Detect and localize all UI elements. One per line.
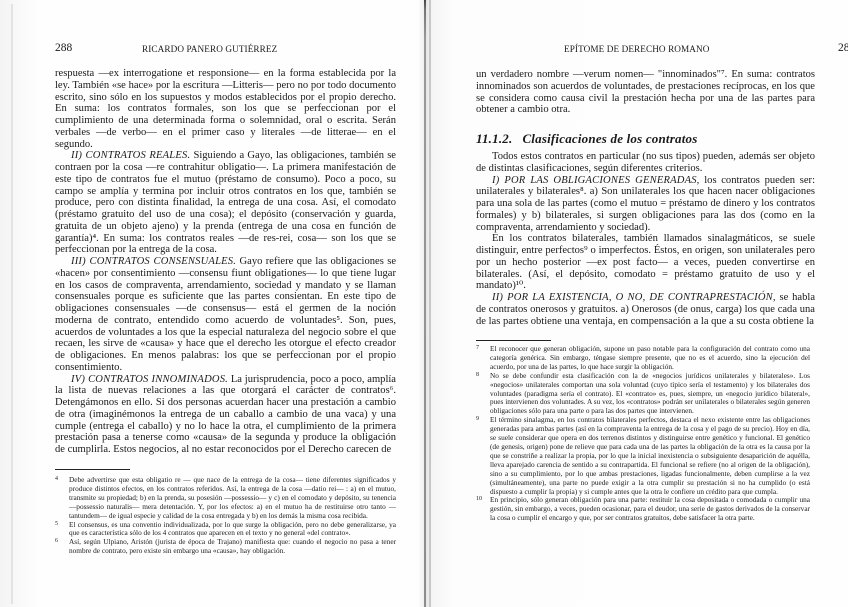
running-head: EPÍTOME DE DERECHO ROMANO <box>564 44 710 54</box>
footnote-mark: 4 <box>55 475 58 484</box>
left-page: 288 RICARDO PANERO GUTIÉRREZ respuesta —… <box>0 0 424 607</box>
page-edge <box>11 4 13 604</box>
footnote-mark: 7 <box>476 344 479 353</box>
right-body-continuation: un verdadero nombre —verum nomen— "innom… <box>476 69 815 116</box>
paragraph-heading: II) POR LA EXISTENCIA, O NO, DE CONTRAPR… <box>492 292 776 303</box>
footnote-mark: 10 <box>476 495 482 504</box>
footnote-divider <box>476 340 551 341</box>
footnote: 5El consensus, es una conventio individu… <box>55 521 396 539</box>
footnote-text: El término sinalagma, en los contratos b… <box>490 415 810 495</box>
page-number: 289 <box>838 42 848 54</box>
paragraph: un verdadero nombre —verum nomen— "innom… <box>476 69 815 116</box>
footnote-mark: 6 <box>55 537 58 546</box>
paragraph: En los contratos bilaterales, también ll… <box>476 233 815 292</box>
running-head: RICARDO PANERO GUTIÉRREZ <box>142 44 277 54</box>
footnote-text: El reconocer que generan obligación, sup… <box>490 344 810 371</box>
footnote: 9El término sinalagma, en los contratos … <box>476 416 810 496</box>
footnote-text: El consensus, es una conventio individua… <box>69 520 396 538</box>
footnote: 7El reconocer que generan obligación, su… <box>476 345 810 372</box>
footnote-divider <box>55 469 130 470</box>
right-footnotes: 7El reconocer que generan obligación, su… <box>476 345 810 523</box>
footnote-mark: 8 <box>476 371 479 380</box>
section-title: Clasificaciones de los contratos <box>522 131 697 146</box>
paragraph: IV) CONTRATOS INNOMINADOS. La jurisprude… <box>55 374 396 456</box>
footnote-text: Así, según Ulpiano, Aristón (jurista de … <box>69 537 396 555</box>
footnote-text: Debe advertirse que esta obligatio re — … <box>69 475 396 520</box>
footnote-mark: 9 <box>476 415 479 424</box>
section-number: 11.1.2. <box>476 131 512 146</box>
paragraph-heading: I) POR LAS OBLIGACIONES GENERADAS, <box>492 175 700 186</box>
paragraph-heading: III) CONTRATOS CONSENSUALES. <box>71 256 236 267</box>
paragraph-heading: IV) CONTRATOS INNOMINADOS. <box>71 374 228 385</box>
footnote: 8No se debe confundir esta clasificación… <box>476 372 810 417</box>
paragraph: I) POR LAS OBLIGACIONES GENERADAS, los c… <box>476 175 815 234</box>
paragraph-heading: II) CONTRATOS REALES. <box>71 150 190 161</box>
left-body-text: respuesta —ex interrogatione et responsi… <box>55 68 396 456</box>
paragraph-text: Gayo refiere que las obligaciones se «ha… <box>55 256 396 373</box>
right-body-text: Todos estos contratos en particular (no … <box>476 151 815 327</box>
footnote-text: No se debe confundir esta clasificación … <box>490 371 810 416</box>
page-number: 288 <box>55 42 72 54</box>
footnote: 10En principio, sólo generan obligación … <box>476 496 810 523</box>
book-gutter <box>424 0 426 607</box>
paragraph-text: La jurisprudencia, poco a poco, amplía l… <box>55 374 396 456</box>
paragraph: II) POR LA EXISTENCIA, O NO, DE CONTRAPR… <box>476 292 815 327</box>
footnote-mark: 5 <box>55 520 58 529</box>
paragraph: Todos estos contratos en particular (no … <box>476 151 815 175</box>
paragraph: respuesta —ex interrogatione et responsi… <box>55 68 396 150</box>
paragraph-text: Siguiendo a Gayo, las obligaciones, tamb… <box>55 150 396 255</box>
page-edge <box>429 0 431 607</box>
paragraph: III) CONTRATOS CONSENSUALES. Gayo refier… <box>55 256 396 374</box>
footnote-text: En principio, sólo generan obligación pa… <box>490 495 810 522</box>
footnote: 6Así, según Ulpiano, Aristón (jurista de… <box>55 538 396 556</box>
left-footnotes: 4Debe advertirse que esta obligatio re —… <box>55 476 396 556</box>
section-heading: 11.1.2.Clasificaciones de los contratos <box>476 131 697 147</box>
paragraph: II) CONTRATOS REALES. Siguiendo a Gayo, … <box>55 150 396 256</box>
footnote: 4Debe advertirse que esta obligatio re —… <box>55 476 396 521</box>
